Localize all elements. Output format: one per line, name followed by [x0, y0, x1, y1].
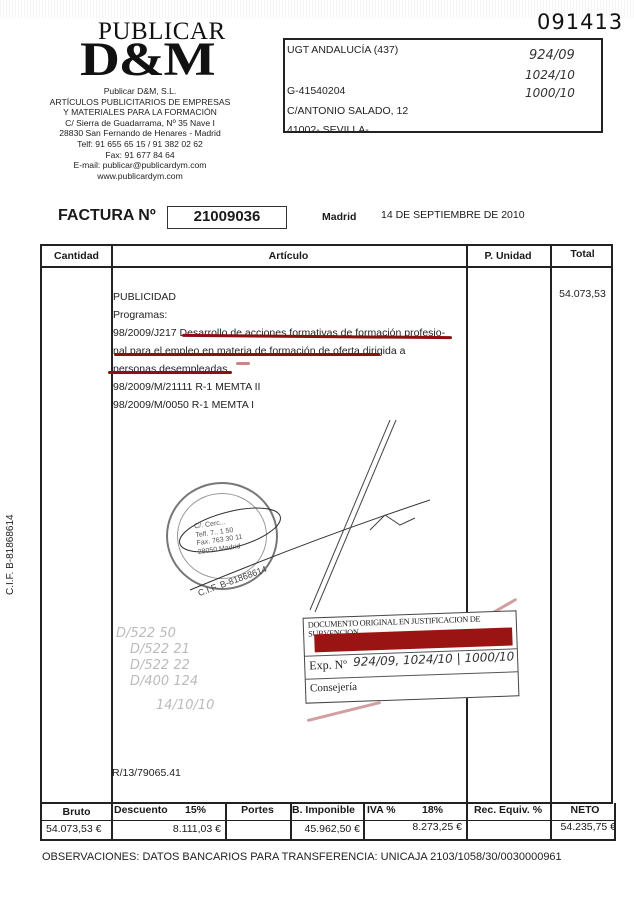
company-line: E-mail: publicar@publicardym.com [40, 160, 240, 171]
handwritten-ref: 1000/10 [525, 86, 575, 100]
underline-mark [114, 353, 380, 356]
divider [550, 246, 552, 802]
header-unit-price: P. Unidad [466, 250, 550, 262]
exp-label: Exp. Nº [309, 657, 347, 673]
line-total: 54.073,53 [550, 288, 615, 300]
article-line: 98/2009/M/0050 R-1 MEMTA I [113, 399, 254, 411]
rec-equiv-label: Rec. Equiv. % [466, 804, 550, 816]
company-line: Fax: 91 677 84 64 [40, 150, 240, 161]
note-line: D/522 21 [116, 642, 214, 658]
company-info: Publicar D&M, S.L. ARTÍCULOS PUBLICITARI… [40, 86, 240, 181]
company-line: www.publicardym.com [40, 171, 240, 182]
iva-label: IVA % [367, 804, 396, 816]
header-quantity: Cantidad [42, 250, 111, 262]
company-line: Publicar D&M, S.L. [40, 86, 240, 97]
client-box: UGT ANDALUCÍA (437) G-41540204 C/ANTONIO… [283, 38, 603, 133]
subvencion-stamp: DOCUMENTO ORIGINAL EN JUSTIFICACION DE S… [303, 610, 520, 703]
neto-value: 54.235,75 € [552, 821, 616, 833]
company-line: 28830 San Fernando de Henares - Madrid [40, 128, 240, 139]
company-line: ARTÍCULOS PUBLICITARIOS DE EMPRESAS [40, 97, 240, 108]
brand-logo: D&M [80, 38, 214, 82]
header-article: Artículo [111, 250, 466, 262]
handwritten-ref: 091413 [537, 10, 623, 34]
note-line: D/400 124 [116, 674, 214, 690]
consejeria-label: Consejería [310, 681, 357, 695]
descuento-value: 8.111,03 € [112, 823, 221, 835]
company-line: C/ Sierra de Guadarrama, Nº 35 Nave I [40, 118, 240, 129]
signature [170, 420, 430, 620]
invoice-label: FACTURA Nº [58, 207, 156, 225]
base-imponible-label: B. Imponible [292, 804, 355, 816]
company-line: Y MATERIALES PARA LA FORMACIÓN [40, 107, 240, 118]
divider [42, 266, 611, 268]
descuento-pct: 15% [185, 804, 206, 816]
divider [42, 820, 614, 821]
invoice-number: 21009036 [167, 206, 287, 229]
iva-value: 8.273,25 € [364, 821, 462, 833]
base-imponible-value: 45.962,50 € [292, 823, 360, 835]
note-line: D/522 22 [116, 658, 214, 674]
article-line: 98/2009/M/21111 R-1 MEMTA II [113, 381, 260, 393]
client-address: C/ANTONIO SALADO, 12 [287, 105, 408, 117]
totals-table: Bruto 54.073,53 € Descuento 15% 8.111,03… [40, 803, 616, 841]
underline-mark [236, 362, 250, 365]
bottom-ref: R/13/79065.41 [112, 767, 181, 779]
article-line: PUBLICIDAD [113, 291, 176, 303]
company-line: Telf: 91 655 65 15 / 91 382 02 62 [40, 139, 240, 150]
client-city: 41002- SEVILLA- [287, 124, 369, 136]
invoice-date: 14 DE SEPTIEMBRE DE 2010 [381, 209, 525, 221]
bruto-value: 54.073,53 € [46, 823, 101, 835]
iva-pct: 18% [422, 804, 443, 816]
bruto-label: Bruto [42, 806, 111, 818]
portes-label: Portes [225, 804, 290, 816]
handwritten-ref: 924/09 [529, 48, 575, 63]
invoice-city: Madrid [322, 211, 356, 223]
article-line: Programas: [113, 309, 167, 321]
client-name: UGT ANDALUCÍA (437) [287, 44, 398, 56]
divider [466, 246, 468, 802]
neto-label: NETO [552, 804, 618, 816]
client-cif: G-41540204 [287, 85, 345, 97]
side-cif: C.I.F. B-81868614 [5, 514, 16, 595]
handwritten-notes: D/522 50 D/522 21 D/522 22 D/400 124 14/… [116, 626, 214, 714]
underline-mark [108, 371, 232, 374]
handwritten-ref: 1024/10 [525, 68, 575, 82]
note-line: 14/10/10 [116, 698, 214, 714]
note-line: D/522 50 [116, 626, 214, 642]
descuento-label: Descuento [114, 804, 168, 816]
header-total: Total [550, 248, 615, 260]
observaciones: OBSERVACIONES: DATOS BANCARIOS PARA TRAN… [42, 851, 562, 863]
